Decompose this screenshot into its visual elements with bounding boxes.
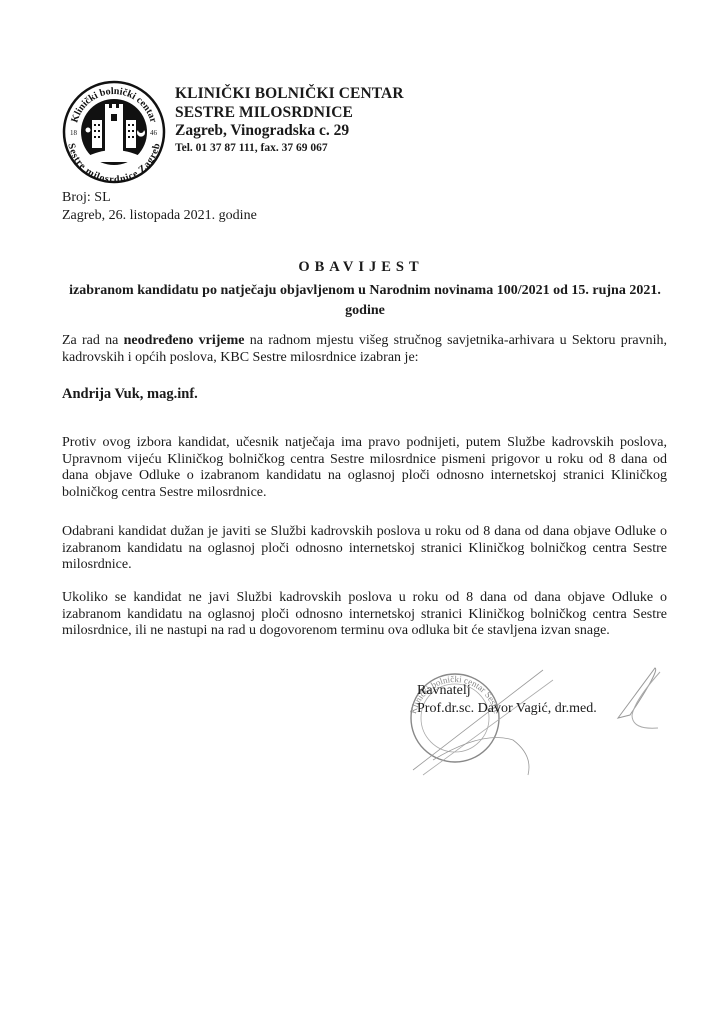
svg-text:46: 46 (150, 129, 158, 137)
p1-text-start: Za rad na (62, 333, 124, 348)
svg-text:18: 18 (70, 129, 78, 137)
place-date: Zagreb, 26. listopada 2021. godine (62, 207, 257, 225)
hospital-seal-icon: Klinički bolnički centar Sestre milosrdn… (62, 80, 166, 184)
selected-candidate: Andrija Vuk, mag.inf. (62, 386, 198, 403)
p1-bold-term: neodređeno vrijeme (124, 333, 245, 348)
paragraph-void: Ukoliko se kandidat ne javi Službi kadro… (62, 590, 667, 640)
notice-title: OBAVIJEST (0, 259, 722, 276)
official-stamp-icon: Klinički bolnički centar Sestre (393, 660, 563, 780)
signatory-role: Ravnatelj (417, 682, 597, 700)
document-meta: Broj: SL Zagreb, 26. listopada 2021. god… (62, 189, 257, 225)
notice-subtitle: izabranom kandidatu po natječaju objavlj… (62, 281, 668, 321)
institution-name-line2: SESTRE MILOSRDNICE (175, 105, 404, 121)
paragraph-appeal: Protiv ovog izbora kandidat, učesnik nat… (62, 435, 667, 501)
institution-name-line1: KLINIČKI BOLNIČKI CENTAR (175, 86, 404, 102)
signatory-name: Prof.dr.sc. Davor Vagić, dr.med. (417, 700, 597, 718)
signature-block: Ravnatelj Prof.dr.sc. Davor Vagić, dr.me… (417, 682, 597, 718)
paragraph-report: Odabrani kandidat dužan je javiti se Slu… (62, 524, 667, 574)
handwritten-signature-icon (610, 660, 690, 740)
letterhead: KLINIČKI BOLNIČKI CENTAR SESTRE MILOSRDN… (175, 86, 404, 154)
institution-contact: Tel. 01 37 87 111, fax. 37 69 067 (175, 143, 404, 155)
reference-number: Broj: SL (62, 189, 257, 207)
institution-address: Zagreb, Vinogradska c. 29 (175, 123, 404, 139)
paragraph-position: Za rad na neodređeno vrijeme na radnom m… (62, 333, 667, 366)
